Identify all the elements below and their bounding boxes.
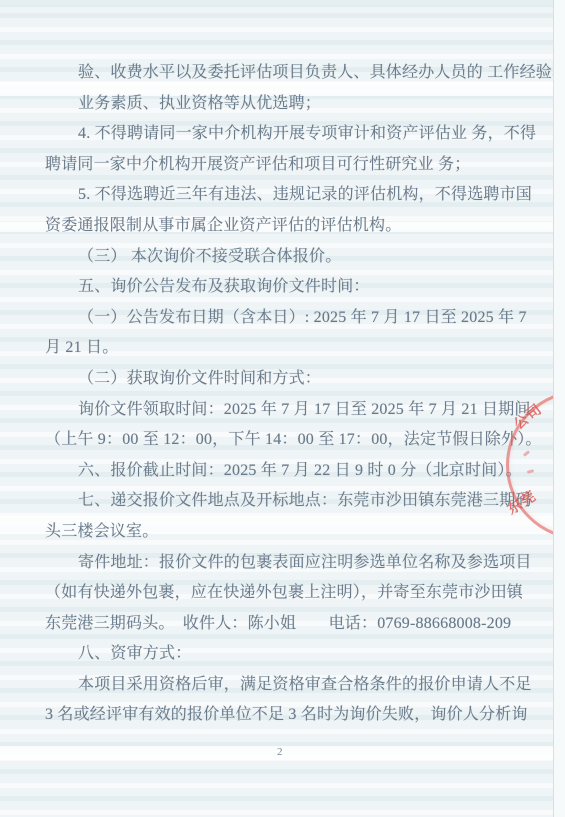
- text-line: （如有快递外包裹，应在快递外包裹上注明），并寄至东莞市沙田镇: [45, 578, 545, 609]
- text-line: 4. 不得聘请同一家中介机构开展专项审计和资产评估业 务，不得: [45, 119, 545, 150]
- text-line: 资委通报限制从事市属企业资产评估的评估机构。: [45, 211, 545, 242]
- text-line: 聘请同一家中介机构开展资产评估和项目可行性研究业 务；: [45, 150, 545, 181]
- text-line: 东莞港三期码头。 收件人：陈小姐 电话：0769-88668008-209: [45, 609, 545, 640]
- document-body: 验、收费水平以及委托评估项目负责人、具体经办人员的 工作经验、业务素质、执业资格…: [45, 58, 545, 731]
- text-line: （上午 9：00 至 12：00，下午 14：00 至 17：00，法定节假日除…: [45, 425, 545, 456]
- text-line: 八、资审方式：: [45, 639, 545, 670]
- text-line: 头三楼会议室。: [45, 517, 545, 548]
- text-line: （一）公告发布日期（含本日）: 2025 年 7 月 17 日至 2025 年 …: [45, 303, 545, 334]
- text-line: 七、递交报价文件地点及开标地点：东莞市沙田镇东莞港三期码: [45, 486, 545, 517]
- text-line: 六、报价截止时间：2025 年 7 月 22 日 9 时 0 分（北京时间）。: [45, 456, 545, 487]
- page-number: 2: [260, 746, 300, 758]
- text-line: 月 21 日。: [45, 333, 545, 364]
- scan-top-strip: [0, 0, 565, 7]
- text-line: 5. 不得选聘近三年有违法、违规记录的评估机构，不得选聘市国: [45, 180, 545, 211]
- text-line: 询价文件领取时间：2025 年 7 月 17 日至 2025 年 7 月 21 …: [45, 395, 545, 426]
- text-line: 验、收费水平以及委托评估项目负责人、具体经办人员的 工作经验、: [45, 58, 545, 89]
- text-line: 本项目采用资格后审，满足资格审查合格条件的报价申请人不足: [45, 670, 545, 701]
- text-line: 业务素质、执业资格等从优选聘；: [45, 89, 545, 120]
- text-line: 寄件地址：报价文件的包裹表面应注明参选单位名称及参选项目: [45, 548, 545, 579]
- text-line: 3 名或经评审有效的报价单位不足 3 名时为询价失败，询价人分析询: [45, 700, 545, 731]
- text-line: 五、询价公告发布及获取询价文件时间：: [45, 272, 545, 303]
- text-line: （三） 本次询价不接受联合体报价。: [45, 242, 545, 273]
- scan-page-edge: [553, 0, 565, 817]
- text-line: （二）获取询价文件时间和方式：: [45, 364, 545, 395]
- document-page: 验、收费水平以及委托评估项目负责人、具体经办人员的 工作经验、业务素质、执业资格…: [0, 0, 565, 817]
